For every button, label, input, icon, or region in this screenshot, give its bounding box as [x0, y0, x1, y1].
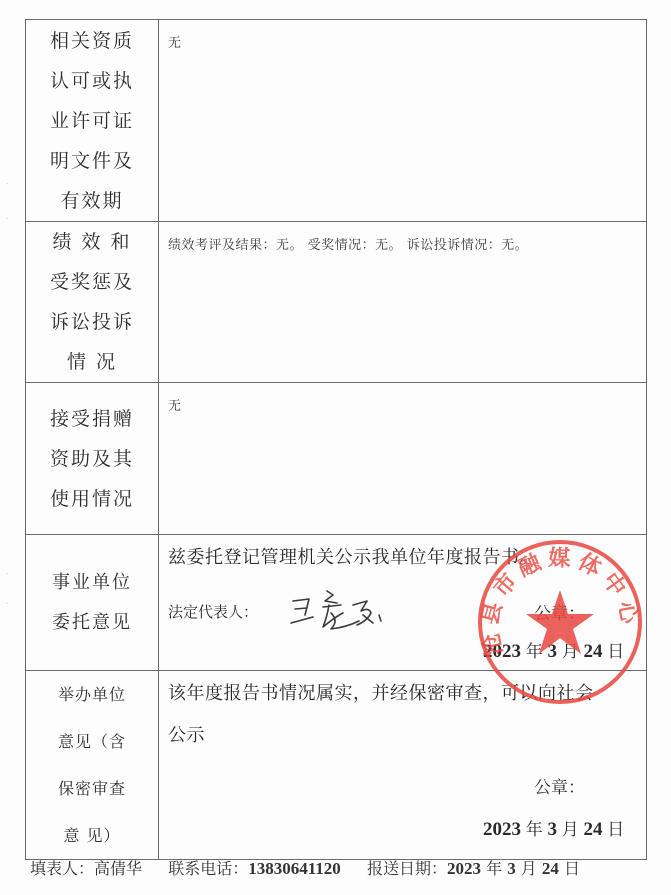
sponsor-statement-line1: 该年度报告书情况属实，并经保密审查，可以向社会: [168, 679, 594, 705]
scan-mark: ·: [6, 570, 8, 578]
legal-rep-label: 法定代表人：: [168, 601, 258, 622]
label-line: 情 况: [67, 342, 117, 382]
entrustment-date: 2023 年 3 月 24 日: [483, 637, 624, 663]
seal-label: 公章：: [534, 773, 585, 798]
label-performance: 绩 效 和 受奖惩及 诉讼投诉 情 况: [26, 222, 159, 383]
content-qualifications: 无: [159, 20, 647, 222]
scan-mark: ·: [6, 600, 8, 608]
sponsor-statement-line2: 公示: [168, 721, 205, 747]
row-performance: 绩 效 和 受奖惩及 诉讼投诉 情 况 绩效考评及结果：无。 受奖情况：无。 诉…: [26, 222, 647, 383]
label-line: 有效期: [60, 181, 123, 221]
filler-label: 填表人：: [30, 859, 94, 878]
label-line: 委托意见: [52, 603, 132, 643]
qualifications-value: 无: [159, 20, 646, 51]
scan-mark: ·: [6, 215, 8, 223]
label-line: 使用情况: [50, 479, 134, 519]
label-line: 诉讼投诉: [50, 302, 134, 342]
entrustment-statement: 兹委托登记管理机关公示我单位年度报告书。: [168, 543, 538, 569]
label-donations: 接受捐赠 资助及其 使用情况: [26, 383, 159, 535]
donations-value: 无: [159, 383, 646, 414]
phone-number: 13830641120: [248, 859, 341, 878]
label-line: 相关资质: [50, 21, 134, 61]
annual-report-table: 相关资质 认可或执 业许可证 明文件及 有效期 无 绩 效 和 受奖惩及 诉讼投…: [25, 19, 647, 860]
content-sponsor-opinion: 该年度报告书情况属实，并经保密审查，可以向社会 公示 公章： 2023 年 3 …: [159, 671, 647, 860]
label-line: 保密审查: [58, 765, 126, 812]
label-line: 绩 效 和: [52, 222, 131, 262]
label-line: 举办单位: [58, 671, 126, 718]
label-line: 意 见）: [63, 812, 120, 859]
submit-date-label: 报送日期：: [367, 859, 447, 878]
filler-name: 高倩华: [94, 859, 142, 878]
label-line: 受奖惩及: [50, 262, 134, 302]
content-performance: 绩效考评及结果：无。 受奖情况：无。 诉讼投诉情况：无。: [159, 222, 647, 383]
label-line: 资助及其: [50, 439, 134, 479]
label-line: 业许可证: [50, 101, 134, 141]
label-qualifications: 相关资质 认可或执 业许可证 明文件及 有效期: [26, 20, 159, 222]
label-sponsor-opinion: 举办单位 意见（含 保密审查 意 见）: [26, 671, 159, 860]
label-line: 接受捐赠: [50, 399, 134, 439]
label-line: 事业单位: [52, 563, 132, 603]
content-donations: 无: [159, 383, 647, 535]
scan-mark: ·: [6, 180, 8, 188]
label-line: 认可或执: [50, 61, 134, 101]
label-entrustment: 事业单位 委托意见: [26, 535, 159, 671]
label-line: 意见（含: [58, 718, 126, 765]
row-qualifications: 相关资质 认可或执 业许可证 明文件及 有效期 无: [26, 20, 647, 222]
seal-label: 公章：: [534, 599, 585, 624]
row-sponsor-opinion: 举办单位 意见（含 保密审查 意 见） 该年度报告书情况属实，并经保密审查，可以…: [26, 671, 647, 860]
performance-value: 绩效考评及结果：无。 受奖情况：无。 诉讼投诉情况：无。: [159, 222, 646, 253]
signature-image: [287, 587, 407, 635]
sponsor-date: 2023 年 3 月 24 日: [483, 815, 624, 841]
phone-label: 联系电话：: [168, 859, 248, 878]
footer-info: 填表人：高倩华 联系电话：13830641120 报送日期：2023 年 3 月…: [30, 856, 580, 879]
row-donations: 接受捐赠 资助及其 使用情况 无: [26, 383, 647, 535]
content-entrustment: 兹委托登记管理机关公示我单位年度报告书。 法定代表人： 公章： 2023 年 3…: [159, 535, 647, 671]
row-entrustment: 事业单位 委托意见 兹委托登记管理机关公示我单位年度报告书。 法定代表人： 公章…: [26, 535, 647, 671]
label-line: 明文件及: [50, 141, 134, 181]
